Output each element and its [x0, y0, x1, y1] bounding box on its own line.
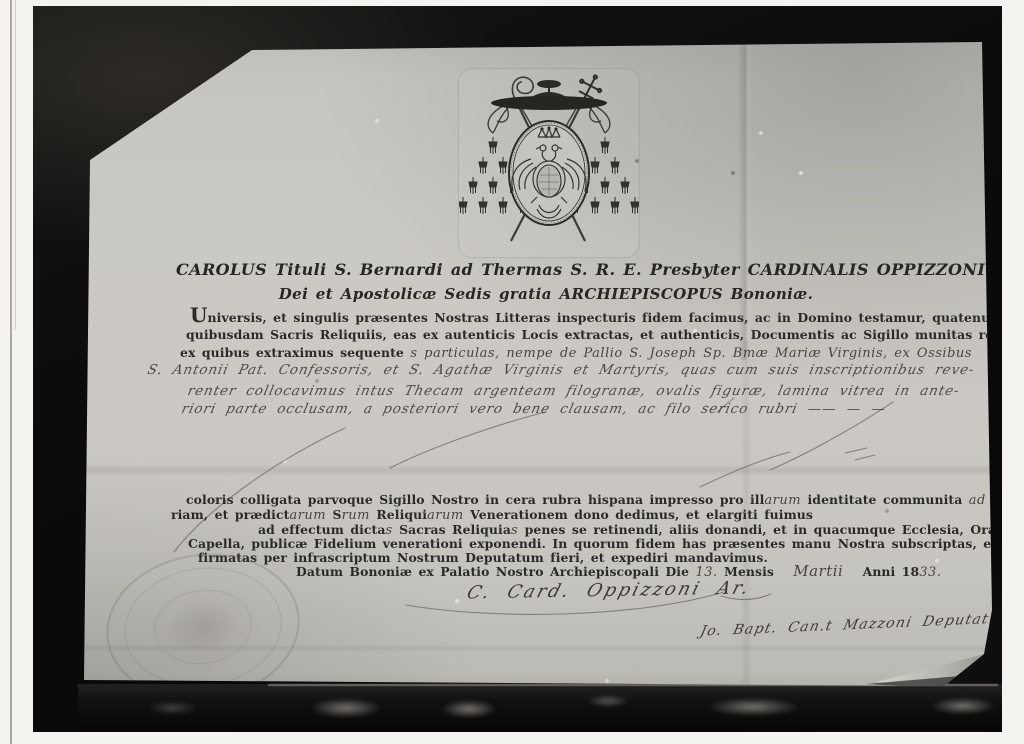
wood-highlight [430, 696, 508, 722]
photo-border-bottom [0, 732, 1024, 744]
drop-cap-initial: U [190, 303, 208, 327]
p2l2-print: Reliqui [370, 507, 427, 522]
paragraph1-line6-text: riori parte occlusam, a posteriori vero … [180, 401, 799, 417]
p2l2-hand: arum [427, 508, 464, 523]
wood-highlight [296, 694, 396, 722]
photo-border-top [0, 0, 1024, 6]
heading-line-1: CAROLUS Tituli S. Bernardi ad Thermas S.… [176, 260, 916, 279]
p2l1-hand: ad [969, 493, 986, 508]
paragraph1-line3-printed: ex quibus extraximus sequente [180, 345, 404, 360]
signature-cardinal: C. Card. Oppizzoni Ar. [464, 578, 753, 605]
cardinal-coat-of-arms-icon [459, 69, 639, 257]
p2l2-print: riam, et prædict [171, 507, 289, 522]
wood-ledge [78, 684, 1002, 731]
p2l3-print: penes se retinendi, aliis donandi, et in… [518, 522, 1024, 537]
paragraph2-line2: riam, et prædictarum Srum Reliquiarum Ve… [171, 507, 813, 523]
paragraph2-line1: coloris colligata parvoque Sigillo Nostr… [186, 492, 1024, 508]
p2l1-hand: arum [764, 493, 801, 508]
paragraph1-line3: ex quibus extraximus sequente s particul… [180, 345, 972, 361]
photograph-of-document: CAROLUS Tituli S. Bernardi ad Thermas S.… [0, 0, 1024, 744]
wood-highlight [688, 694, 818, 720]
date-prefix: Datum Bononiæ ex Palatio Nostro Archiepi… [296, 564, 689, 579]
wood-highlight [918, 694, 1008, 718]
document-paper: CAROLUS Tituli S. Bernardi ad Thermas S.… [76, 40, 996, 692]
photo-border-line [15, 0, 16, 330]
p2l2-print: Venerationem dono dedimus, et elargiti f… [464, 507, 813, 522]
p2l2-print: S [326, 507, 341, 522]
wood-highlight [138, 698, 208, 718]
photo-border-left [0, 0, 33, 744]
paragraph1-line2: quibusdam Sacris Reliquiis, eas ex auten… [186, 327, 1024, 342]
date-anni: Anni 18 [863, 564, 920, 579]
p2l1-print: coloris colligata parvoque Sigillo Nostr… [186, 492, 764, 507]
date-month-handwritten: Martii [793, 562, 843, 580]
wood-highlight [578, 692, 638, 710]
p2l2-hand: rum [342, 508, 370, 523]
p2l2-hand: arum [289, 508, 326, 523]
date-line: Datum Bononiæ ex Palatio Nostro Archiepi… [296, 564, 941, 580]
paragraph1-line3-handwriting: s particulas, nempe de Pallio S. Joseph … [410, 346, 972, 361]
p2l3-print: ad effectum dicta [258, 522, 386, 537]
paragraph1-line6-dashes: —— — — [806, 401, 888, 417]
photo-border-right [1002, 0, 1024, 744]
paragraph2-line5: firmatas per infrascriptum Nostrum Deput… [198, 550, 768, 565]
paragraph1-line5-handwriting: renter collocavimus intus Thecam argente… [186, 383, 961, 399]
paragraph1-line1-text: niversis, et singulis præsentes Nostras … [208, 310, 1024, 325]
emblem-plate [458, 68, 640, 258]
date-year-handwritten: 33. [919, 565, 941, 580]
paper-fold-crease [76, 464, 996, 476]
paragraph2-line4: Capella, publicæ Fidelium venerationi ex… [188, 536, 1024, 551]
heading-line-2: Dei et Apostolicæ Sedis gratia ARCHIEPIS… [176, 285, 916, 303]
paragraph1-line6-handwriting: riori parte occlusam, a posteriori vero … [180, 401, 888, 417]
p2l1-print: identitate communita [801, 492, 969, 507]
p2l3-print: Sacras Reliquia [393, 522, 511, 537]
photo-border-line [10, 0, 12, 744]
paragraph1-line1: Universis, et singulis præsentes Nostras… [190, 308, 1024, 325]
paragraph1-line4-handwriting: S. Antonii Pat. Confessoris, et S. Agath… [146, 362, 976, 378]
